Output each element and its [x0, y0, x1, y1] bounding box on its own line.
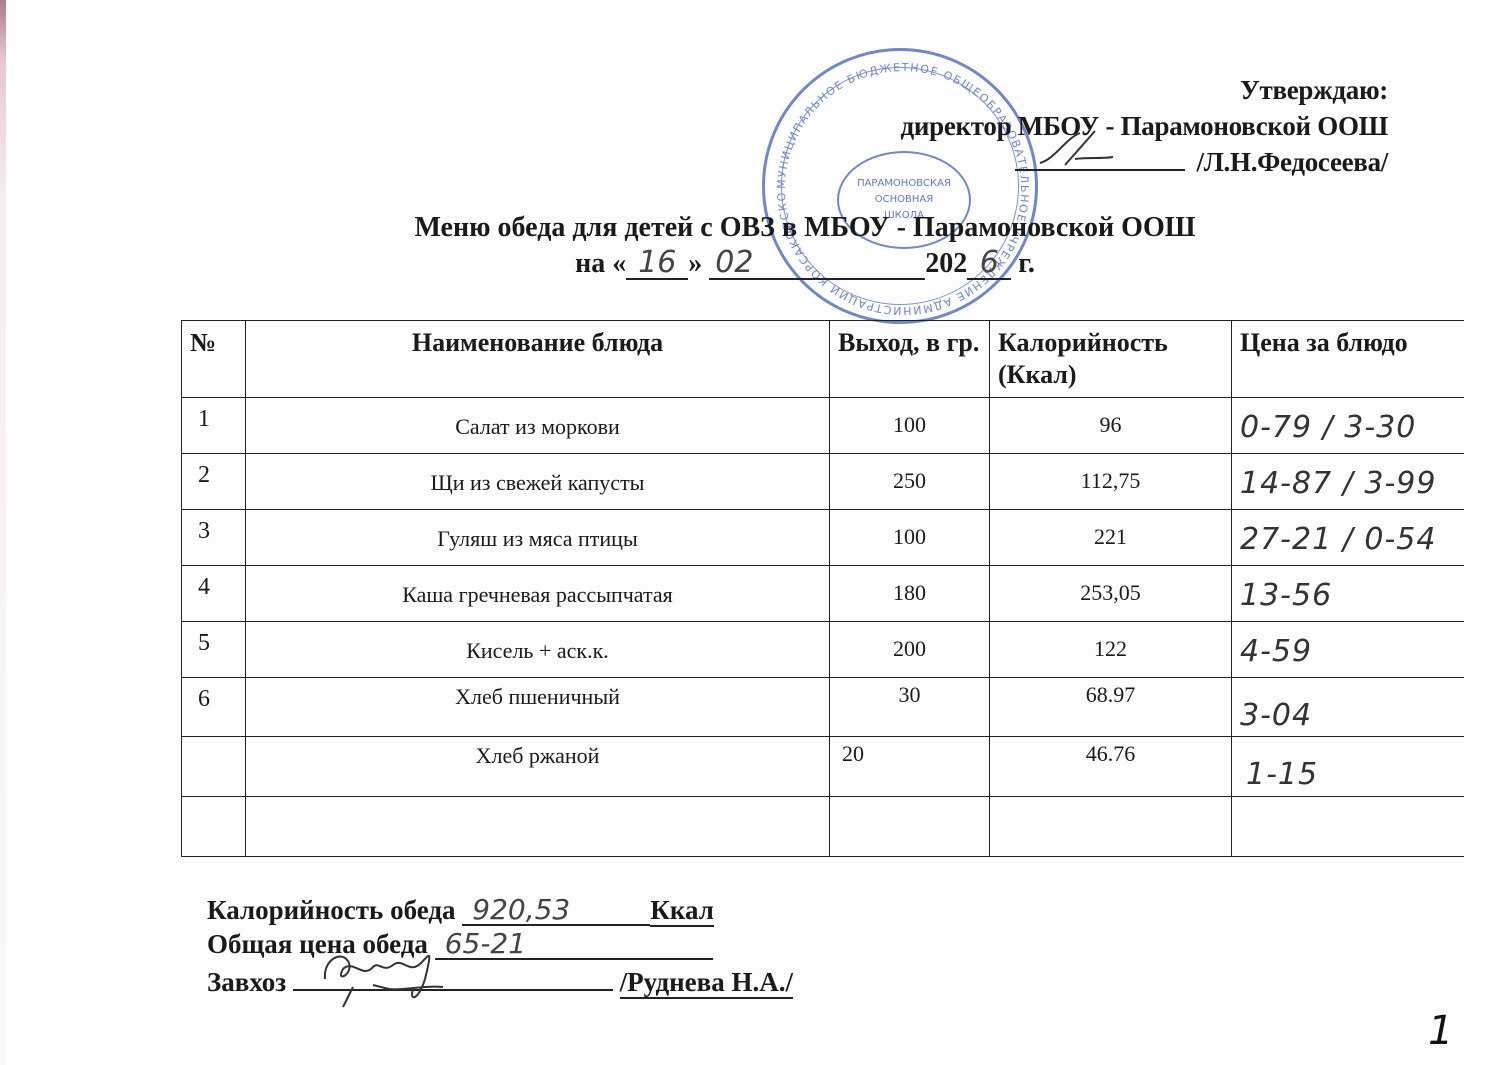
cell-output: 250: [830, 454, 990, 510]
cell-num: 1: [182, 398, 246, 454]
cell-name: Хлеб ржаной: [246, 737, 830, 797]
signature-scribble-icon: [313, 939, 493, 1009]
manager-label: Завхоз: [207, 967, 286, 997]
table-row: 3 Гуляш из мяса птицы 100 221 27-21 / 0-…: [182, 510, 1464, 566]
header-output: Выход, в гр.: [830, 321, 990, 398]
date-year-unit: г.: [1018, 248, 1035, 279]
cell-output: 180: [830, 566, 990, 622]
cell-name: Салат из моркови: [246, 398, 830, 454]
header-price: Цена за блюдо: [1232, 321, 1464, 398]
cell-calories: 221: [990, 510, 1232, 566]
cell-name: Хлеб пшеничный: [246, 678, 830, 737]
cell-name: Кисель + аск.к.: [246, 622, 830, 678]
calories-total-unit: Ккал: [650, 895, 714, 927]
document-title: Меню обеда для детей с ОВЗ в МБОУ - Пара…: [0, 210, 1500, 282]
cell-price: 3-04: [1232, 678, 1464, 737]
cell-price: [1232, 797, 1464, 857]
cell-calories: 68.97: [990, 678, 1232, 737]
approval-block: Утверждаю: директор МБОУ - Парамоновской…: [901, 72, 1388, 180]
calories-total-line: Калорийность обеда 920,53Ккал: [207, 893, 793, 927]
table-row: 5 Кисель + аск.к. 200 122 4-59: [182, 622, 1464, 678]
date-line: на «16» 022026 г.: [0, 246, 1500, 282]
approval-position: директор МБОУ - Парамоновской ООШ: [901, 108, 1388, 144]
signature-scribble-icon: [1035, 129, 1115, 169]
cell-price: 27-21 / 0-54: [1232, 510, 1464, 566]
cell-calories: 253,05: [990, 566, 1232, 622]
cell-output: 20: [830, 737, 990, 797]
cell-name: Каша гречневая рассыпчатая: [246, 566, 830, 622]
cell-calories: [990, 797, 1232, 857]
cell-price: 0-79 / 3-30: [1232, 398, 1464, 454]
date-prefix: на «: [575, 248, 626, 279]
cell-calories: 46.76: [990, 737, 1232, 797]
date-month: 02: [709, 248, 925, 280]
stamp-line: ОСНОВНАЯ: [875, 192, 933, 208]
scan-edge: [0, 0, 6, 1065]
cell-calories: 96: [990, 398, 1232, 454]
cell-output: 30: [830, 678, 990, 737]
cell-name: [246, 797, 830, 857]
date-mid: »: [688, 248, 702, 279]
menu-table: № Наименование блюда Выход, в гр. Калори…: [181, 320, 1464, 857]
date-day: 16: [626, 248, 688, 280]
manager-signature: [293, 961, 613, 991]
approval-signatory: /Л.Н.Федосеева/: [1197, 147, 1388, 177]
footer-summary: Калорийность обеда 920,53Ккал Общая цена…: [207, 893, 793, 999]
cell-num: 5: [182, 622, 246, 678]
cell-num: 6: [182, 678, 246, 737]
approval-signature-line: /Л.Н.Федосеева/: [901, 144, 1388, 180]
table-row-empty: [182, 797, 1464, 857]
cell-num: [182, 737, 246, 797]
cell-num: [182, 797, 246, 857]
cell-num: 2: [182, 454, 246, 510]
cell-num: 4: [182, 566, 246, 622]
manager-line: Завхоз /Руднева Н.А./: [207, 961, 793, 999]
cell-output: 100: [830, 510, 990, 566]
header-name: Наименование блюда: [246, 321, 830, 398]
cell-price: 14-87 / 3-99: [1232, 454, 1464, 510]
price-total-line: Общая цена обеда 65-21: [207, 927, 793, 961]
calories-total-value: 920,53: [462, 896, 650, 926]
director-signature: [1015, 147, 1185, 171]
header-num: №: [182, 321, 246, 398]
cell-num: 3: [182, 510, 246, 566]
page-number: 1: [1428, 1008, 1453, 1054]
date-year-suffix: 6: [967, 248, 1011, 280]
cell-name: Щи из свежей капусты: [246, 454, 830, 510]
table-row: 4 Каша гречневая рассыпчатая 180 253,05 …: [182, 566, 1464, 622]
title-text: Меню обеда для детей с ОВЗ в МБОУ - Пара…: [0, 210, 1500, 246]
table-row: 2 Щи из свежей капусты 250 112,75 14-87 …: [182, 454, 1464, 510]
date-year-prefix: 202: [925, 248, 967, 279]
table-row: 6 Хлеб пшеничный 30 68.97 3-04: [182, 678, 1464, 737]
table-header-row: № Наименование блюда Выход, в гр. Калори…: [182, 321, 1464, 398]
manager-name: /Руднева Н.А./: [620, 967, 793, 999]
cell-price: 4-59: [1232, 622, 1464, 678]
cell-output: [830, 797, 990, 857]
approval-heading: Утверждаю:: [901, 72, 1388, 108]
calories-total-label: Калорийность обеда: [207, 895, 456, 925]
table-row: Хлеб ржаной 20 46.76 1-15: [182, 737, 1464, 797]
cell-output: 200: [830, 622, 990, 678]
cell-calories: 112,75: [990, 454, 1232, 510]
cell-price: 13-56: [1232, 566, 1464, 622]
cell-name: Гуляш из мяса птицы: [246, 510, 830, 566]
cell-output: 100: [830, 398, 990, 454]
cell-price: 1-15: [1232, 737, 1464, 797]
table-row: 1 Салат из моркови 100 96 0-79 / 3-30: [182, 398, 1464, 454]
cell-calories: 122: [990, 622, 1232, 678]
header-calories: Калорийность (Ккал): [990, 321, 1232, 398]
